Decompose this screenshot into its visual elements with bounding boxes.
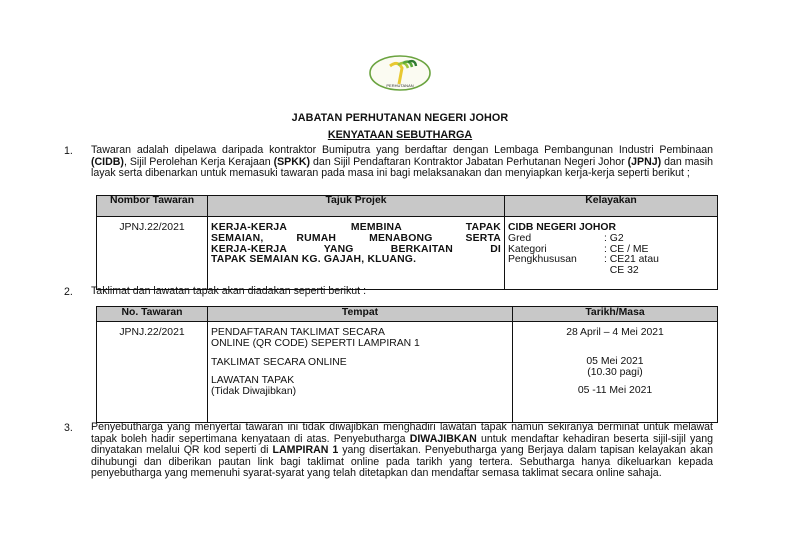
header-date-time: Tarikh/Masa: [513, 307, 718, 322]
table-header-row: Nombor Tawaran Tajuk Projek Kelayakan: [97, 196, 718, 217]
qualification-item: CE 32: [508, 266, 714, 277]
tender-number: JPNJ.22/2021: [97, 217, 208, 290]
section-3-text: Penyebutharga yang menyertai tawaran ini…: [91, 422, 713, 480]
tender-number: JPNJ.22/2021: [97, 322, 208, 423]
section-2-number: 2.: [64, 286, 73, 298]
section-3-number: 3.: [64, 422, 73, 434]
svg-text:PERHUTANAN: PERHUTANAN: [386, 83, 413, 88]
section-1-text: Tawaran adalah dipelawa daripada kontrak…: [91, 145, 713, 180]
place-line: ONLINE (QR CODE) SEPERTI LAMPIRAN 1: [211, 339, 509, 350]
department-title: JABATAN PERHUTANAN NEGERI JOHOR: [0, 112, 800, 124]
place-line: TAKLIMAT SECARA ONLINE: [211, 358, 509, 369]
briefing-schedule-table: No. Tawaran Tempat Tarikh/Masa JPNJ.22/2…: [96, 306, 718, 423]
section-1-number: 1.: [64, 145, 73, 157]
header-tender-number: Nombor Tawaran: [97, 196, 208, 217]
header-tender-number: No. Tawaran: [97, 307, 208, 322]
table-header-row: No. Tawaran Tempat Tarikh/Masa: [97, 307, 718, 322]
header-qualification: Kelayakan: [505, 196, 718, 217]
header-project-title: Tajuk Projek: [208, 196, 505, 217]
document-title-text: KENYATAAN SEBUTHARGA: [328, 129, 472, 141]
project-line: SEMAIAN, RUMAH MENABONG SERTA: [211, 234, 501, 245]
date-line: 05 -11 Mei 2021: [516, 386, 714, 397]
project-line: TAPAK SEMAIAN KG. GAJAH, KLUANG.: [211, 255, 501, 266]
tender-qualification-table: Nombor Tawaran Tajuk Projek Kelayakan JP…: [96, 195, 718, 290]
document-title: KENYATAAN SEBUTHARGA: [0, 129, 800, 141]
table-row: JPNJ.22/2021 PENDAFTARAN TAKLIMAT SECARA…: [97, 322, 718, 423]
perhutanan-logo-icon: PERHUTANAN: [368, 54, 432, 92]
date-line: (10.30 pagi): [516, 368, 714, 379]
project-title: KERJA-KERJA MEMBINA TAPAK SEMAIAN, RUMAH…: [208, 217, 505, 290]
header-place: Tempat: [208, 307, 513, 322]
qualification-item: Gred: G2: [508, 234, 714, 245]
qualification: CIDB NEGERI JOHOR Gred: G2 Kategori: CE …: [505, 217, 718, 290]
section-2-text: Taklimat dan lawatan tapak akan diadakan…: [91, 286, 713, 298]
places: PENDAFTARAN TAKLIMAT SECARA ONLINE (QR C…: [208, 322, 513, 423]
table-row: JPNJ.22/2021 KERJA-KERJA MEMBINA TAPAK S…: [97, 217, 718, 290]
dates: 28 April – 4 Mei 2021 05 Mei 2021 (10.30…: [513, 322, 718, 423]
place-line: (Tidak Diwajibkan): [211, 387, 509, 398]
date-line: 05 Mei 2021: [516, 357, 714, 368]
date-line: 28 April – 4 Mei 2021: [516, 328, 714, 339]
